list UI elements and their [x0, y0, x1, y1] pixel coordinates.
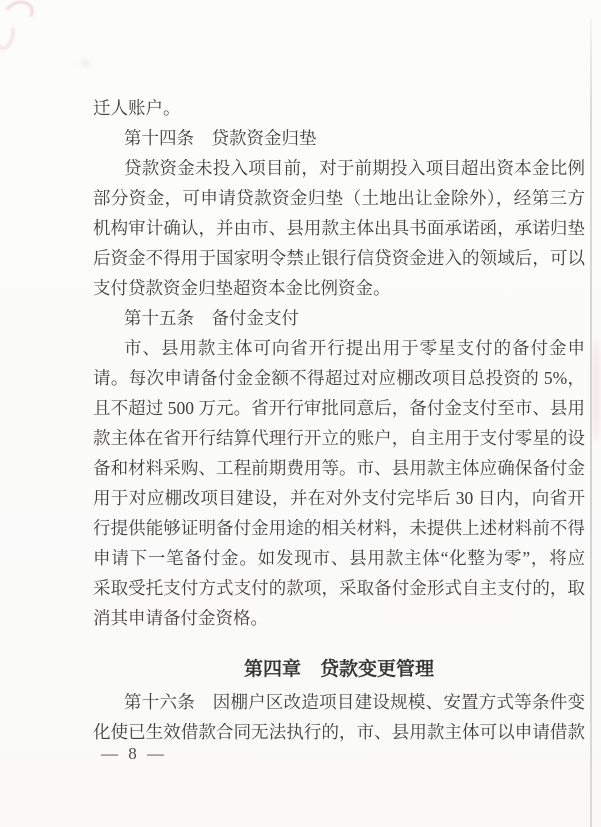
text-line: 且不超过 500 万元。省开行审批同意后，备付金支付至市、县用 — [93, 393, 585, 423]
text-line: 申请下一笔备付金。如发现市、县用款主体“化整为零”，将应 — [93, 543, 585, 573]
red-pen-mark — [1, 0, 37, 29]
text-line: 机构审计确认，并由市、县用款主体出具书面承诺函，承诺归垫 — [93, 213, 585, 243]
document-body: 迁人账户。 第十四条 贷款资金归垫 贷款资金未投入项目前，对于前期投入项目超出资… — [93, 93, 585, 747]
article-heading: 第十五条 备付金支付 — [93, 303, 585, 333]
text-line: 迁人账户。 — [93, 93, 585, 123]
scan-smudge — [80, 60, 90, 66]
text-line: 用于对应棚改项目建设，并在对外支付完毕后 30 日内，向省开 — [93, 483, 585, 513]
red-pen-mark — [592, 338, 600, 442]
text-line: 请。每次申请备付金金额不得超过对应棚改项目总投资的 5%， — [93, 363, 585, 393]
text-line: 款主体在省开行结算代理行开立的账户，自主用于支付零星的设 — [93, 423, 585, 453]
text-line: 部分资金，可申请贷款资金归垫（土地出让金除外），经第三方 — [93, 183, 585, 213]
scanned-page: 迁人账户。 第十四条 贷款资金归垫 贷款资金未投入项目前，对于前期投入项目超出资… — [0, 0, 601, 827]
page-number: — 8 — — [101, 740, 167, 768]
text-line: 后资金不得用于国家明令禁止银行信贷资金进入的领域后，可以 — [93, 243, 585, 273]
text-line: 贷款资金未投入项目前，对于前期投入项目超出资本金比例 — [93, 153, 585, 183]
text-line: 支付贷款资金归垫超资本金比例资金。 — [93, 273, 585, 303]
red-pen-mark — [0, 20, 17, 52]
text-line: 备和材料采购、工程前期费用等。市、县用款主体应确保备付金 — [93, 453, 585, 483]
text-line: 第十六条 因棚户区改造项目建设规模、安置方式等条件变 — [93, 687, 585, 717]
article-heading: 第十四条 贷款资金归垫 — [93, 123, 585, 153]
text-line: 消其申请备付金资格。 — [93, 603, 585, 633]
text-line: 市、县用款主体可向省开行提出用于零星支付的备付金申 — [93, 333, 585, 363]
page-edge-shadow — [590, 18, 592, 827]
text-line: 采取受托支付方式支付的款项，采取备付金形式自主支付的，取 — [93, 573, 585, 603]
text-line: 行提供能够证明备付金用途的相关材料，未提供上述材料前不得 — [93, 513, 585, 543]
chapter-heading: 第四章 贷款变更管理 — [93, 655, 585, 685]
